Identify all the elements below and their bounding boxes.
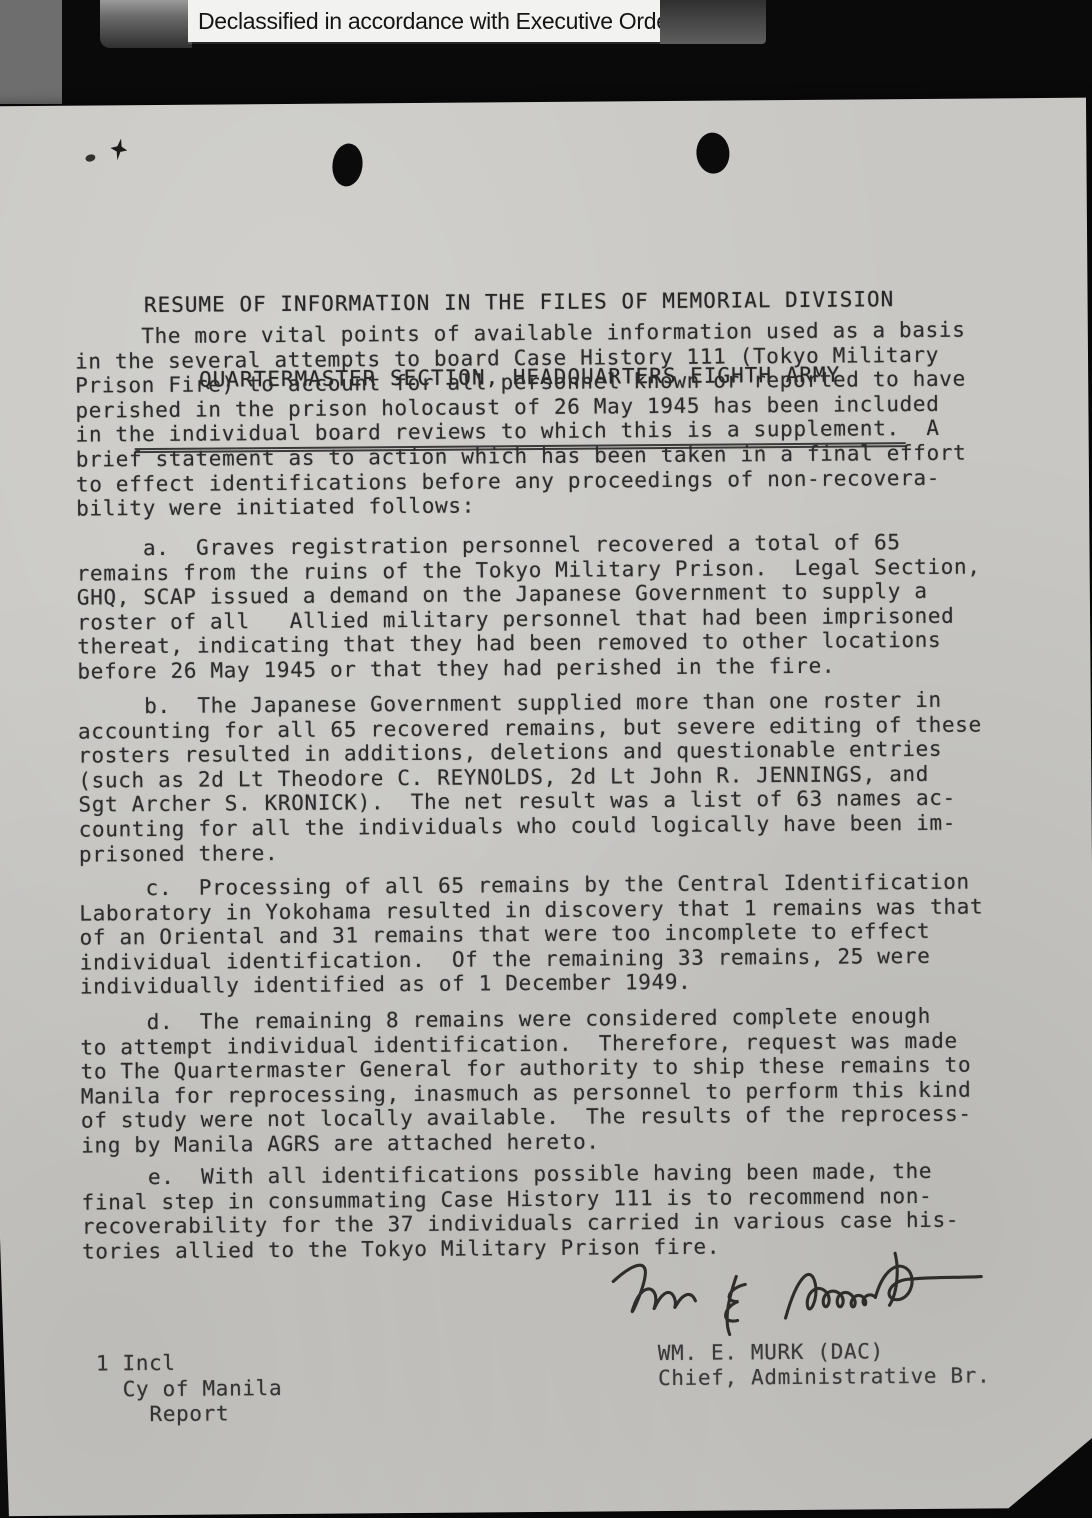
signatory-name: WM. E. MURK (DAC) [658, 1339, 884, 1365]
document-page: RESUME OF INFORMATION IN THE FILES OF ME… [0, 98, 1092, 1517]
paragraph-item-c: c. Processing of all 65 remains by the C… [79, 869, 1060, 1000]
signatory-title: Chief, Administrative Br. [658, 1363, 991, 1390]
binder-tab-left [100, 0, 192, 48]
ink-mark [108, 137, 129, 162]
paragraph-item-a: a. Graves registration personnel recover… [76, 529, 1057, 684]
declassification-banner: Declassified in accordance with Executiv… [188, 0, 660, 42]
hole-punch-left [330, 142, 365, 188]
title-line-1: RESUME OF INFORMATION IN THE FILES OF ME… [133, 287, 904, 318]
binder-tab-right [660, 0, 766, 44]
paragraph-item-d: d. The remaining 8 remains were consider… [80, 1003, 1061, 1158]
signature-block: WM. E. MURK (DAC) Chief, Administrative … [658, 1338, 991, 1391]
paragraph-item-b: b. The Japanese Government supplied more… [78, 687, 1059, 867]
enclosure-block: 1 Incl Cy of Manila Report [96, 1350, 283, 1428]
ink-blot [85, 153, 97, 162]
hole-punch-right [695, 131, 731, 174]
scanner-bed-edge [0, 0, 62, 104]
paragraph-intro: The more vital points of available infor… [75, 317, 1057, 521]
